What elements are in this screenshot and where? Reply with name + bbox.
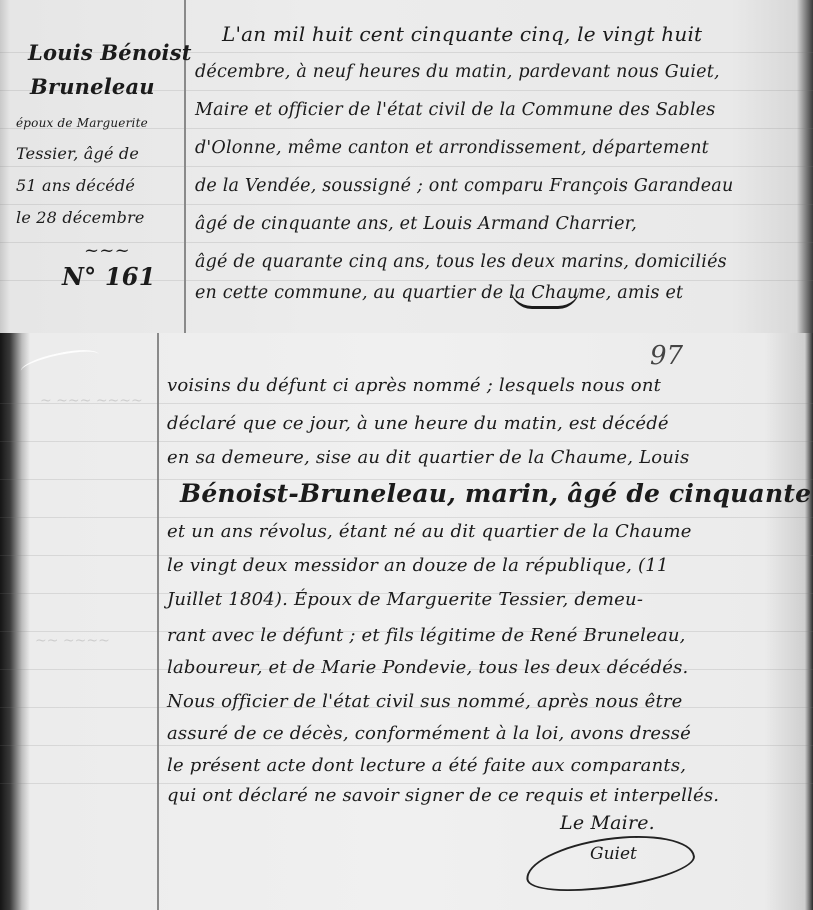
deceased-name-last: Bruneleau bbox=[30, 74, 155, 99]
folio-number: 97 bbox=[650, 341, 683, 371]
closing-title: Le Maire. bbox=[560, 812, 655, 834]
act-number: N° 161 bbox=[62, 262, 156, 291]
top-register-page: Louis Bénoist Bruneleau époux de Marguer… bbox=[0, 0, 813, 333]
body-line: âgé de quarante cinq ans, tous les deux … bbox=[195, 252, 727, 272]
paper-fold-mark bbox=[19, 345, 101, 381]
bottom-register-page: 97 ~ ~~~ ~~~~ ~~ ~~~~ voisins du défunt … bbox=[0, 333, 813, 910]
body-line: Maire et officier de l'état civil de la … bbox=[195, 100, 716, 120]
body-line: le vingt deux messidor an douze de la ré… bbox=[167, 555, 669, 576]
margin-rule bbox=[157, 333, 159, 910]
margin-line-spouse: époux de Marguerite bbox=[16, 116, 148, 130]
body-line: d'Olonne, même canton et arrondissement,… bbox=[195, 138, 709, 158]
ruled-line bbox=[0, 166, 813, 167]
ruled-line bbox=[0, 517, 813, 518]
body-line: en cette commune, au quartier de la Chau… bbox=[195, 283, 683, 303]
body-line: âgé de cinquante ans, et Louis Armand Ch… bbox=[195, 214, 637, 234]
body-line: de la Vendée, soussigné ; ont comparu Fr… bbox=[195, 176, 733, 196]
body-line: déclaré que ce jour, à une heure du mati… bbox=[167, 413, 669, 434]
body-line: laboureur, et de Marie Pondevie, tous le… bbox=[167, 657, 688, 678]
ruled-line bbox=[0, 745, 813, 746]
bleed-through-text: ~ ~~~ ~~~~ bbox=[40, 393, 143, 409]
body-line: décembre, à neuf heures du matin, pardev… bbox=[195, 62, 720, 82]
body-line: Nous officier de l'état civil sus nommé,… bbox=[167, 691, 683, 712]
margin-line-date: le 28 décembre bbox=[16, 208, 145, 227]
margin-line-age: Tessier, âgé de bbox=[16, 144, 139, 163]
body-line: en sa demeure, sise au dit quartier de l… bbox=[167, 447, 690, 468]
body-line: voisins du défunt ci après nommé ; lesqu… bbox=[167, 375, 661, 396]
body-line: Juillet 1804). Époux de Marguerite Tessi… bbox=[167, 589, 643, 610]
deceased-name-first: Louis Bénoist bbox=[28, 40, 192, 65]
body-line: qui ont déclaré ne savoir signer de ce r… bbox=[167, 785, 719, 806]
body-line: le présent acte dont lecture a été faite… bbox=[167, 755, 686, 776]
signature: Guiet bbox=[590, 844, 637, 864]
body-line-deceased-name: Bénoist-Bruneleau, marin, âgé de cinquan… bbox=[180, 479, 811, 508]
body-line: et un ans révolus, étant né au dit quart… bbox=[167, 521, 692, 542]
closing-flourish bbox=[510, 287, 580, 309]
body-line: assuré de ce décès, conformément à la lo… bbox=[167, 723, 691, 744]
bleed-through-text: ~~ ~~~~ bbox=[35, 633, 110, 649]
body-line: L'an mil huit cent cinquante cinq, le vi… bbox=[222, 22, 702, 46]
swash-flourish: ~~~ bbox=[84, 240, 130, 261]
body-line: rant avec le défunt ; et fils légitime d… bbox=[167, 625, 686, 646]
ruled-line bbox=[0, 204, 813, 205]
mayor-signature-block: Le Maire. Guiet bbox=[520, 808, 720, 903]
ruled-line bbox=[0, 783, 813, 784]
ruled-line bbox=[0, 441, 813, 442]
margin-line-deceased: 51 ans décédé bbox=[16, 176, 135, 195]
